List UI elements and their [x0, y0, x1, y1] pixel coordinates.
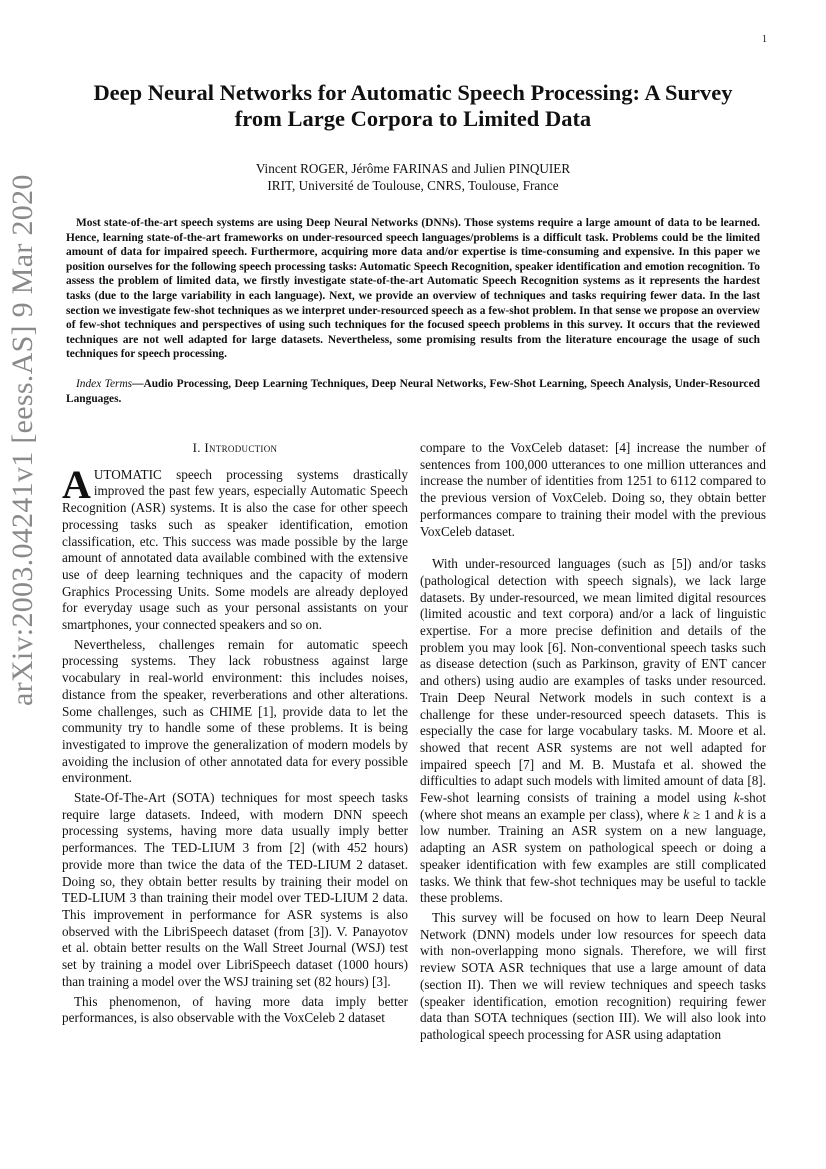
intro-paragraph-2: Nevertheless, challenges remain for auto…	[62, 637, 408, 787]
intro-paragraph-1: AUTOMATIC speech processing systems dras…	[62, 467, 408, 634]
title-line-1: Deep Neural Networks for Automatic Speec…	[50, 80, 776, 106]
left-column: I. Introduction AUTOMATIC speech process…	[62, 440, 408, 1027]
index-terms-label: Index Terms	[76, 378, 132, 390]
authors: Vincent ROGER, Jérôme FARINAS and Julien…	[50, 160, 776, 177]
intro-paragraph-1-text: UTOMATIC speech processing systems drast…	[62, 467, 408, 632]
section-heading-introduction: I. Introduction	[62, 440, 408, 457]
intro-paragraph-4-continued: compare to the VoxCeleb dataset: [4] inc…	[420, 440, 766, 540]
title-line-2: from Large Corpora to Limited Data	[50, 106, 776, 132]
intro-paragraph-4: This phenomenon, of having more data imp…	[62, 994, 408, 1027]
index-terms-text: —Audio Processing, Deep Learning Techniq…	[66, 378, 760, 405]
right-column: compare to the VoxCeleb dataset: [4] inc…	[420, 440, 766, 1044]
page-number: 1	[762, 34, 767, 45]
intro-paragraph-5: With under-resourced languages (such as …	[420, 556, 766, 907]
intro-paragraph-6: This survey will be focused on how to le…	[420, 910, 766, 1044]
index-terms: Index Terms—Audio Processing, Deep Learn…	[66, 377, 760, 406]
abstract: Most state-of-the-art speech systems are…	[66, 216, 760, 362]
intro-paragraph-3: State-Of-The-Art (SOTA) techniques for m…	[62, 790, 408, 990]
p5-text-c: ≥ 1 and	[689, 807, 738, 822]
arxiv-stamp: arXiv:2003.04241v1 [eess.AS] 9 Mar 2020	[6, 174, 40, 706]
paper-title: Deep Neural Networks for Automatic Speec…	[50, 80, 776, 132]
author-block: Vincent ROGER, Jérôme FARINAS and Julien…	[50, 160, 776, 194]
dropcap-letter: A	[62, 470, 91, 500]
affiliation: IRIT, Université de Toulouse, CNRS, Toul…	[50, 177, 776, 194]
p5-text-a: With under-resourced languages (such as …	[420, 556, 766, 805]
